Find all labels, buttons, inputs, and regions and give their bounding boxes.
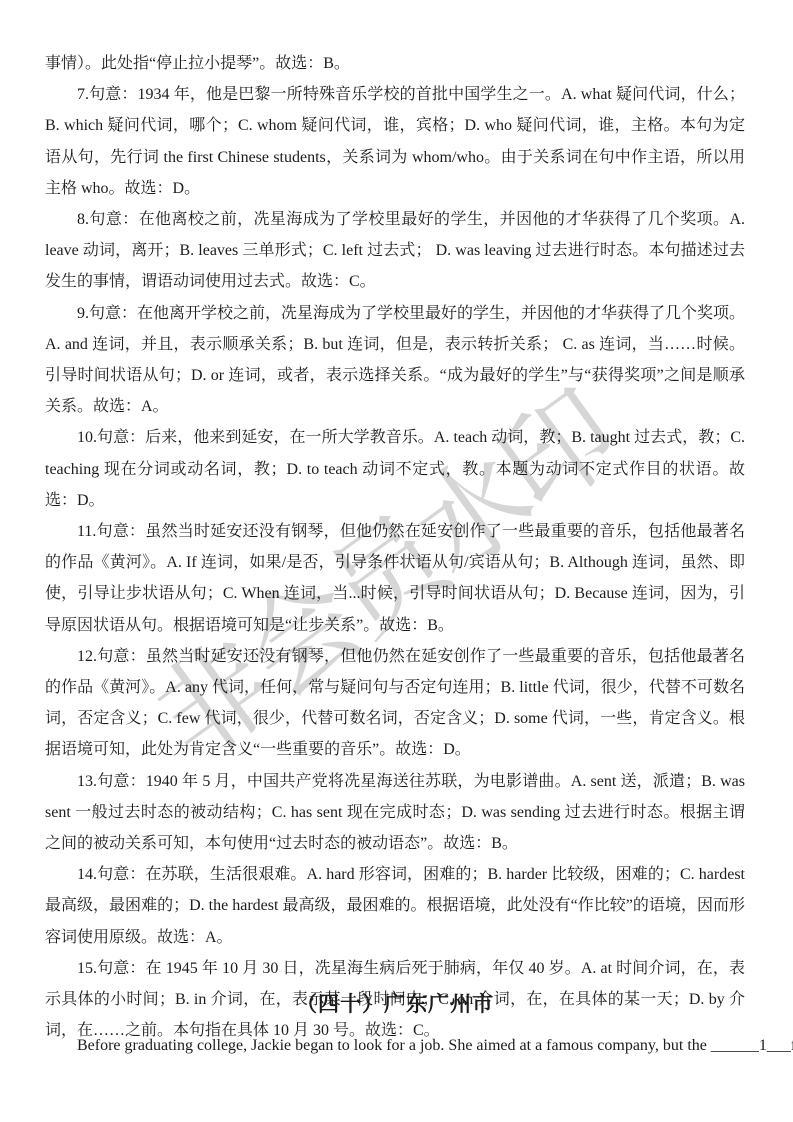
explanation-paragraph-13: 13.句意：1940 年 5 月，中国共产党将冼星海送往苏联，为电影谱曲。A. …: [45, 766, 745, 860]
explanation-paragraph-6-tail: 事情）。此处指“停止拉小提琴”。故选：B。: [45, 48, 745, 79]
explanation-paragraph-7: 7.句意：1934 年，他是巴黎一所特殊音乐学校的首批中国学生之一。A. wha…: [45, 79, 745, 204]
explanation-paragraph-14: 14.句意：在苏联，生活很艰难。A. hard 形容词，困难的；B. harde…: [45, 859, 745, 953]
answer-explanations: 事情）。此处指“停止拉小提琴”。故选：B。 7.句意：1934 年，他是巴黎一所…: [45, 48, 745, 1047]
passage-first-line: Before graduating college, Jackie began …: [45, 1030, 745, 1061]
explanation-paragraph-11: 11.句意：虽然当时延安还没有钢琴，但他仍然在延安创作了一些最重要的音乐，包括他…: [45, 516, 745, 641]
section-heading: （四十）广东广州市: [45, 988, 745, 1018]
explanation-paragraph-12: 12.句意：虽然当时延安还没有钢琴，但他仍然在延安创作了一些最重要的音乐，包括他…: [45, 641, 745, 766]
explanation-paragraph-8: 8.句意：在他离校之前，冼星海成为了学校里最好的学生，并因他的才华获得了几个奖项…: [45, 204, 745, 298]
explanation-paragraph-9: 9.句意：在他离开学校之前，冼星海成为了学校里最好的学生，并因他的才华获得了几个…: [45, 298, 745, 423]
document-page: 非会员水印 事情）。此处指“停止拉小提琴”。故选：B。 7.句意：1934 年，…: [0, 0, 793, 1122]
explanation-paragraph-10: 10.句意：后来，他来到延安，在一所大学教音乐。A. teach 动词，教；B.…: [45, 422, 745, 516]
